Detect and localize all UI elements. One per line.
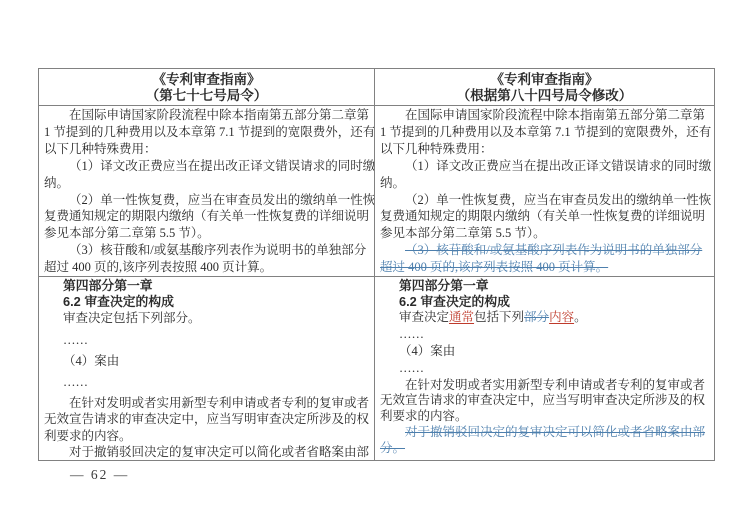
text-line: 审查决定包括下列部分。 — [44, 310, 369, 326]
text-line: 第四部分第一章 — [44, 278, 369, 294]
text-segment: 审查决定 — [399, 310, 449, 324]
text-line: 在针对发明或者实用新型专利申请或者专利的复审或者 — [380, 378, 709, 394]
text-line: 以下几种特殊费用： — [44, 141, 369, 158]
text-segment: （2）单一性恢复费，应当在审查员发出的缴纳单一性恢 — [405, 193, 711, 207]
ellipsis-line: …… — [44, 374, 369, 390]
text-line: 在针对发明或者实用新型专利申请或者专利的复审或者 — [44, 395, 369, 411]
text-segment: 在针对发明或者实用新型专利申请或者专利的复审或者 — [405, 378, 705, 392]
text-segment: 在国际申请国家阶段流程中除本指南第五部分第二章第 — [405, 108, 705, 122]
text-segment: 复费通知规定的期限内缴纳（有关单一性恢复费的详细说明 — [44, 209, 369, 223]
text-line: （4）案由 — [380, 344, 709, 360]
text-line: 以下几种特殊费用： — [380, 141, 709, 158]
text-segment: …… — [63, 375, 88, 389]
header-title-old: 《专利审查指南》 — [44, 72, 369, 88]
text-line: 1 节提到的几种费用以及本章第 7.1 节提到的宽限费外，还有 — [44, 124, 369, 141]
text-segment: 利要求的内容。 — [380, 409, 468, 423]
text-segment: …… — [399, 361, 424, 375]
text-line: 纳。 — [44, 175, 369, 192]
text-segment: （3）核苷酸和/或氨基酸序列表作为说明书的单独部分 — [69, 243, 366, 257]
text-segment: 对于撤销驳回决定的复审决定可以简化或者省略案由部 — [69, 445, 369, 459]
text-line: （3）核苷酸和/或氨基酸序列表作为说明书的单独部分 — [44, 242, 369, 259]
text-segment: 超过 400 页的,该序列表按照 400 页计算。 — [44, 260, 272, 274]
text-line: 对于撤销驳回决定的复审决定可以简化或者省略案由部 — [380, 425, 709, 441]
text-line: （4）案由 — [44, 353, 369, 369]
text-segment: 无效宣告请求的审查决定中，应当写明审查决定所涉及的权 — [380, 393, 705, 407]
text-line: 超过 400 页的,该序列表按照 400 页计算。 — [380, 259, 709, 276]
cell-special-fees-old: 在国际申请国家阶段流程中除本指南第五部分第二章第1 节提到的几种费用以及本章第 … — [39, 106, 375, 277]
text-segment: （1）译文改正费应当在提出改正译文错误请求的同时缴 — [69, 159, 375, 173]
text-line: 1 节提到的几种费用以及本章第 7.1 节提到的宽限费外，还有 — [380, 124, 709, 141]
text-line: 在国际申请国家阶段流程中除本指南第五部分第二章第 — [44, 107, 369, 124]
deleted-text: 分。 — [380, 441, 405, 455]
section-part4-row: 第四部分第一章6.2 审查决定的构成审查决定包括下列部分。……（4）案由……在针… — [39, 277, 715, 461]
text-line: 6.2 审查决定的构成 — [44, 294, 369, 310]
ellipsis-line: …… — [380, 361, 709, 377]
text-segment: …… — [63, 333, 88, 347]
text-line: 第四部分第一章 — [380, 278, 709, 294]
header-cell-new-version: 《专利审查指南》 （根据第八十四号局令修改） — [375, 69, 715, 106]
text-segment: 纳。 — [44, 176, 69, 190]
text-segment: （2）单一性恢复费，应当在审查员发出的缴纳单一性恢 — [69, 193, 375, 207]
header-cell-old-version: 《专利审查指南》 （第七十七号局令） — [39, 69, 375, 106]
inserted-text: 通常 — [449, 310, 474, 324]
text-segment: 第四部分第一章 — [399, 278, 489, 293]
text-line: 无效宣告请求的审查决定中，应当写明审查决定所涉及的权 — [380, 393, 709, 409]
text-segment: 纳。 — [380, 176, 405, 190]
text-line: 利要求的内容。 — [44, 428, 369, 444]
inserted-text: 内容 — [549, 310, 574, 324]
page-number: — 62 — — [70, 467, 129, 483]
deleted-text: 对于撤销驳回决定的复审决定可以简化或者省略案由部 — [405, 425, 705, 439]
text-line: （1）译文改正费应当在提出改正译文错误请求的同时缴 — [380, 158, 709, 175]
text-segment: 6.2 审查决定的构成 — [63, 294, 174, 309]
text-segment: 包括下列 — [474, 310, 524, 324]
text-line: 复费通知规定的期限内缴纳（有关单一性恢复费的详细说明 — [380, 208, 709, 225]
text-line: 参见本部分第二章第 5.5 节）。 — [380, 225, 709, 242]
text-segment: 利要求的内容。 — [44, 429, 132, 443]
text-line: 对于撤销驳回决定的复审决定可以简化或者省略案由部 — [44, 444, 369, 460]
comparison-table: 《专利审查指南》 （第七十七号局令） 《专利审查指南》 （根据第八十四号局令修改… — [38, 68, 715, 461]
text-segment: 参见本部分第二章第 5.5 节）。 — [380, 226, 546, 240]
text-segment: 以下几种特殊费用： — [44, 142, 157, 156]
text-line: 利要求的内容。 — [380, 409, 709, 425]
text-segment: （4）案由 — [399, 344, 455, 358]
text-line: 参见本部分第二章第 5.5 节）。 — [44, 225, 369, 242]
text-line: （3）核苷酸和/或氨基酸序列表作为说明书的单独部分 — [380, 242, 709, 259]
deleted-text: 部分 — [524, 310, 549, 324]
text-segment: （4）案由 — [63, 354, 119, 368]
document-page: 《专利审查指南》 （第七十七号局令） 《专利审查指南》 （根据第八十四号局令修改… — [0, 0, 750, 531]
text-line: （2）单一性恢复费，应当在审查员发出的缴纳单一性恢 — [380, 192, 709, 209]
header-title-new: 《专利审查指南》 — [380, 72, 709, 88]
text-line: 分。 — [380, 441, 709, 457]
text-segment: 在针对发明或者实用新型专利申请或者专利的复审或者 — [69, 396, 369, 410]
ellipsis-line: …… — [44, 332, 369, 348]
text-segment: （1）译文改正费应当在提出改正译文错误请求的同时缴 — [405, 159, 711, 173]
text-segment: 6.2 审查决定的构成 — [399, 294, 510, 309]
text-line: 复费通知规定的期限内缴纳（有关单一性恢复费的详细说明 — [44, 208, 369, 225]
text-line: （1）译文改正费应当在提出改正译文错误请求的同时缴 — [44, 158, 369, 175]
header-row: 《专利审查指南》 （第七十七号局令） 《专利审查指南》 （根据第八十四号局令修改… — [39, 69, 715, 106]
text-line: 纳。 — [380, 175, 709, 192]
header-subtitle-new: （根据第八十四号局令修改） — [380, 88, 709, 104]
text-line: 无效宣告请求的审查决定中，应当写明审查决定所涉及的权 — [44, 411, 369, 427]
text-segment: 以下几种特殊费用： — [380, 142, 493, 156]
text-segment: 1 节提到的几种费用以及本章第 7.1 节提到的宽限费外，还有 — [380, 125, 711, 139]
text-segment: 无效宣告请求的审查决定中，应当写明审查决定所涉及的权 — [44, 412, 369, 426]
text-segment: 第四部分第一章 — [63, 278, 153, 293]
text-segment: 在国际申请国家阶段流程中除本指南第五部分第二章第 — [69, 108, 369, 122]
text-segment: 审查决定包括下列部分。 — [63, 311, 201, 325]
deleted-text: 超过 400 页的,该序列表按照 400 页计算。 — [380, 260, 608, 274]
text-line: 在国际申请国家阶段流程中除本指南第五部分第二章第 — [380, 107, 709, 124]
ellipsis-line: …… — [380, 327, 709, 343]
header-subtitle-old: （第七十七号局令） — [44, 88, 369, 104]
text-segment: 1 节提到的几种费用以及本章第 7.1 节提到的宽限费外，还有 — [44, 125, 375, 139]
text-segment: 复费通知规定的期限内缴纳（有关单一性恢复费的详细说明 — [380, 209, 705, 223]
text-line: （2）单一性恢复费，应当在审查员发出的缴纳单一性恢 — [44, 192, 369, 209]
cell-special-fees-new: 在国际申请国家阶段流程中除本指南第五部分第二章第1 节提到的几种费用以及本章第 … — [375, 106, 715, 277]
text-line: 审查决定通常包括下列部分内容。 — [380, 310, 709, 326]
cell-part4-new: 第四部分第一章6.2 审查决定的构成审查决定通常包括下列部分内容。……（4）案由… — [375, 277, 715, 461]
text-segment: 参见本部分第二章第 5.5 节）。 — [44, 226, 210, 240]
cell-part4-old: 第四部分第一章6.2 审查决定的构成审查决定包括下列部分。……（4）案由……在针… — [39, 277, 375, 461]
text-segment: …… — [399, 327, 424, 341]
text-line: 6.2 审查决定的构成 — [380, 294, 709, 310]
text-segment: 。 — [574, 310, 587, 324]
section-special-fees-row: 在国际申请国家阶段流程中除本指南第五部分第二章第1 节提到的几种费用以及本章第 … — [39, 106, 715, 277]
deleted-text: （3）核苷酸和/或氨基酸序列表作为说明书的单独部分 — [405, 243, 702, 257]
text-line: 超过 400 页的,该序列表按照 400 页计算。 — [44, 259, 369, 276]
